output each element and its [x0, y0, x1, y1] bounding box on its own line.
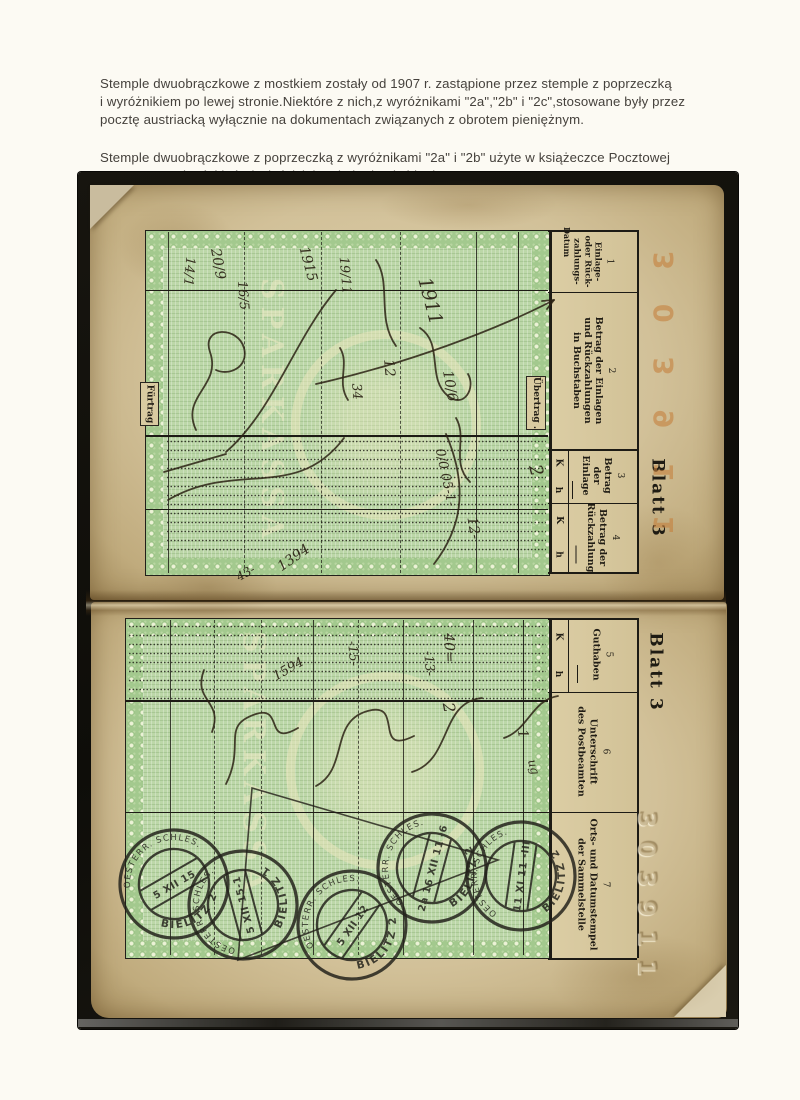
caption-paragraph-1: Stemple dwuobrączkowe z mostkiem zostały… — [100, 75, 718, 128]
fuertrag-slot: Fürtrag — [140, 382, 159, 426]
header-cell-6: 6 Unterschrift des Postbeamten — [550, 692, 637, 812]
kh-strip: K h — [550, 503, 569, 572]
column-label: Einlage- oder Rück- zahlungs- — [572, 236, 602, 288]
handwritten-entry: 40= — [440, 633, 457, 663]
column-label: Betrag der Einlagen und Rückzahlungen in… — [571, 317, 605, 425]
header-cell-4: 4 Betrag der Rückzahlung — [568, 503, 637, 572]
serial-number-reverse: 303911 — [649, 251, 680, 568]
handwritten-entry: 16/5 — [234, 280, 251, 310]
grid-line — [125, 812, 548, 813]
header-cell-1-sub: Datum — [558, 222, 574, 262]
folded-corner-icon — [90, 185, 134, 229]
folded-corner-icon — [674, 965, 726, 1017]
photo-gloss — [78, 1019, 738, 1027]
column-label: Orts- und Datumstempel der Sammelstelle — [576, 819, 598, 951]
fuertrag-label: Fürtrag — [145, 385, 155, 424]
handwritten-entry: -13- — [420, 650, 437, 677]
grid-line — [145, 435, 548, 437]
handwritten-entry: 14/1 — [180, 256, 197, 286]
column-label: Betrag der Rückzahlung — [585, 503, 607, 573]
header-cell-3: 3 Betrag der Einlage — [568, 450, 637, 501]
column-number: 1 — [604, 259, 614, 265]
column-label: Guthaben — [590, 628, 601, 680]
header-cell-7: 7 Orts- und Datumstempel der Sammelstell… — [550, 812, 637, 958]
grid-line — [125, 700, 548, 702]
serial-number: 303911 — [633, 811, 661, 989]
uebertrag-slot: Übertrag . — [526, 376, 546, 430]
column-number: 4 — [610, 535, 620, 541]
kh-strip: K h — [550, 618, 569, 692]
page-crease — [86, 590, 726, 616]
column-number: 3 — [615, 473, 625, 479]
handwritten-entry: -15- — [344, 640, 361, 667]
column-label: Betrag der Einlage — [580, 450, 614, 501]
column-sublabel: Datum — [561, 227, 570, 257]
handwritten-entry: 12 — [380, 358, 397, 377]
kh-strip: K h — [550, 449, 569, 503]
column-number: 7 — [600, 882, 610, 888]
grid-line — [548, 958, 637, 960]
handwritten-entry: 34 — [348, 383, 364, 401]
dotted-guides — [166, 437, 546, 555]
grid-line — [145, 509, 548, 510]
column-label: Unterschrift des Postbeamten — [576, 706, 598, 797]
handwritten-entry: 19/11 — [336, 256, 354, 295]
exhibit-photo: SPARKASSA Fürtrag Übertrag . 1 Einlage- … — [78, 172, 738, 1029]
dotted-guides — [128, 622, 546, 700]
column-number: 6 — [600, 749, 610, 755]
exhibit-page: { "caption": { "para1": "Stemple dwuobrą… — [0, 0, 800, 1100]
column-number: 2 — [606, 368, 616, 374]
column-number: 5 — [604, 652, 614, 658]
sheet-label-bottom: Blatt 3 — [646, 632, 666, 711]
header-cell-2: 2 Betrag der Einlagen und Rückzahlungen … — [550, 293, 637, 448]
uebertrag-label: Übertrag . — [531, 377, 541, 429]
header-cell-5: 5 Guthaben — [568, 618, 637, 692]
